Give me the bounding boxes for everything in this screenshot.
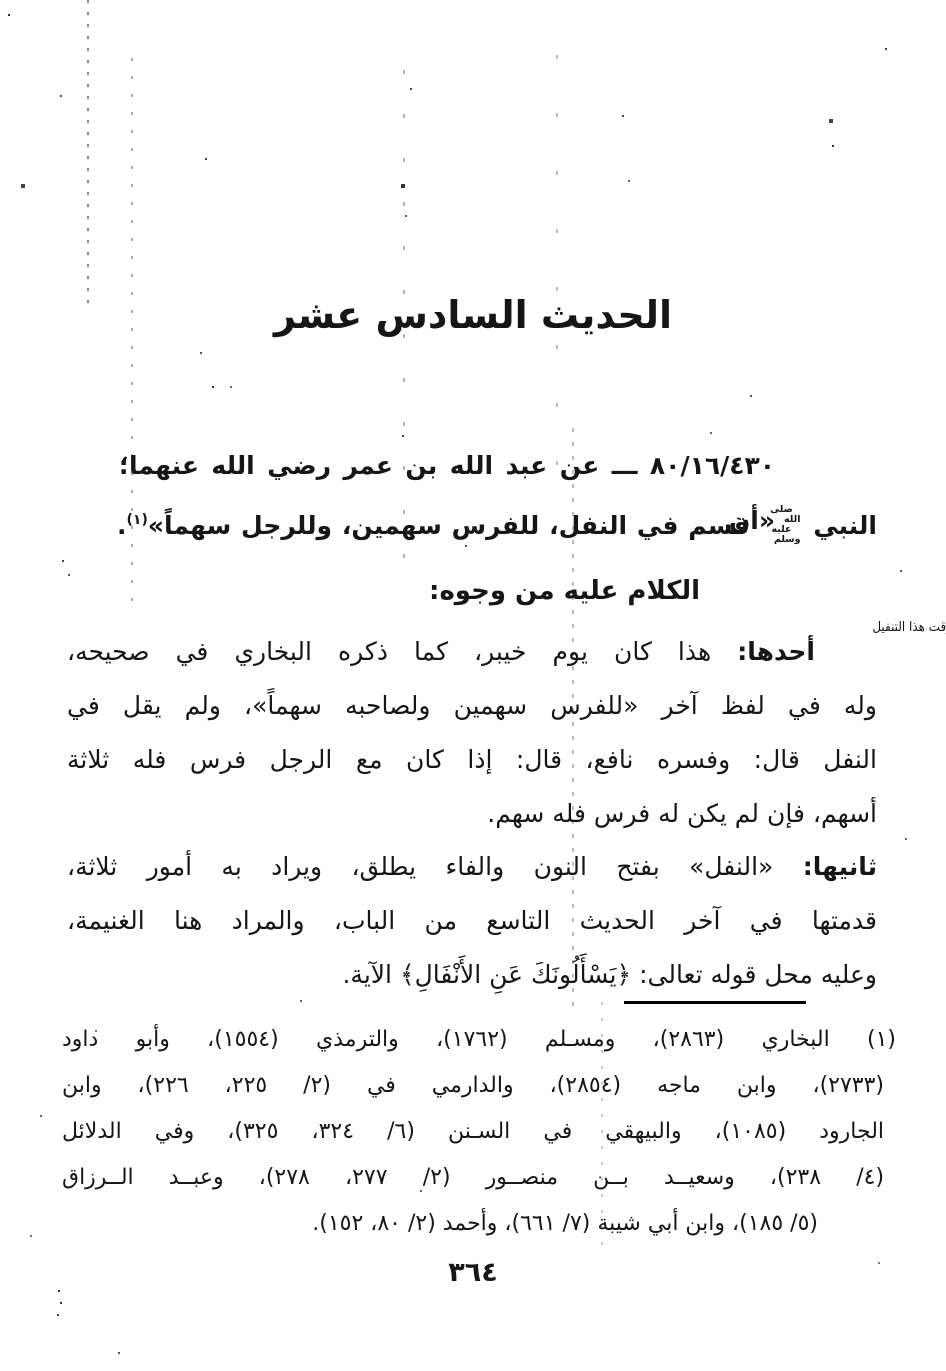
point-one-lead: أحدها: <box>737 637 815 666</box>
chapter-title: الحديث السادس عشر <box>0 293 946 337</box>
point-one-line-2: وله في لفظ آخر «للفرس سهمين ولصاحبه سهما… <box>67 679 877 733</box>
point-one-line-3: النفل قال: وفسره نافع، قال: إذا كان مع ا… <box>67 733 877 787</box>
scan-dotted-line <box>87 0 89 308</box>
hadith-paragraph: ٨٠/١٦/٤٣٠ ـــ عن عبد الله بن عمر رضي الل… <box>67 438 877 548</box>
hadith-line-2-text: قسم في النفل، للفرس سهمين، وللرجل سهماً» <box>148 511 750 540</box>
point-two-line-2: قدمتها في آخر الحديث التاسع من الباب، وا… <box>67 894 877 948</box>
point-two-line-1: ثانيها: «النفل» بفتح النون والفاء يطلق، … <box>67 840 877 894</box>
footnote-line-2: (٢٧٣٣)، وابن ماجه (٢٨٥٤)، والدارمي في (٢… <box>62 1063 884 1109</box>
period: . <box>117 511 127 540</box>
point-one-line-4: أسهم، فإن لم يكن له فرس فله سهم. <box>67 787 877 841</box>
point-two-paragraph: ثانيها: «النفل» بفتح النون والفاء يطلق، … <box>67 840 877 1002</box>
point-two-lead: ثانيها: <box>803 852 877 881</box>
hadith-number: ٨٠/١٦/٤٣٠ <box>650 451 775 480</box>
footnote-line-4: (٤/ ٢٣٨)، وسعيــد بــن منصــور (٢/ ٢٧٧، … <box>62 1155 884 1201</box>
hadith-line-2: النبي صلى الله عليه وسلم قسم في النفل، ل… <box>67 493 877 548</box>
point-one-line-1-text: هذا كان يوم خيبر، كما ذكره البخاري في صح… <box>67 637 711 666</box>
pbuh-calligraphy-mark: صلى الله عليه وسلم <box>763 505 801 545</box>
point-one-line-1: أحدها: هذا كان يوم خيبر، كما ذكره البخار… <box>67 625 877 679</box>
point-two-line-3-text: وعليه محل قوله تعالى: <box>639 960 877 989</box>
footnote-line-1: (١) البخاري (٢٨٦٣)، ومسـلم (١٧٦٢)، والتر… <box>62 1017 896 1063</box>
discussion-heading: الكلام عليه من وجوه: <box>429 566 700 616</box>
hadith-line-2-start: النبي <box>813 511 877 540</box>
scan-dotted-line <box>556 55 558 475</box>
point-two-line-3-end: الآية. <box>342 960 392 989</box>
page-number: ٣٦٤ <box>0 1253 946 1293</box>
quran-verse: ﴿يَسْأَلُونَكَ عَنِ الأَنْفَالِ﴾ <box>400 960 631 989</box>
footnote-line-3: الجارود (١٠٨٥)، والبيهقي في السـنن (٦/ ٣… <box>62 1109 884 1155</box>
footnote-line-5: (٥/ ١٨٥)، وابن أبي شيبة (٧/ ٦٦١)، وأحمد … <box>62 1201 884 1247</box>
point-two-line-1-text: «النفل» بفتح النون والفاء يطلق، ويراد به… <box>67 852 773 881</box>
footnote-block: (١) البخاري (٢٨٦٣)، ومسـلم (١٧٦٢)، والتر… <box>62 1017 884 1247</box>
hadith-line-1: ٨٠/١٦/٤٣٠ ـــ عن عبد الله بن عمر رضي الل… <box>67 438 877 493</box>
scan-specks <box>0 0 2 2</box>
point-one-paragraph: أحدها: هذا كان يوم خيبر، كما ذكره البخار… <box>67 625 877 841</box>
footnote-reference: (١) <box>127 512 148 528</box>
point-two-line-3: وعليه محل قوله تعالى: ﴿يَسْأَلُونَكَ عَن… <box>67 948 877 1002</box>
dash: ـــ <box>612 451 638 480</box>
footnote-separator-rule <box>624 1001 806 1004</box>
scanned-book-page: الحديث السادس عشر ٨٠/١٦/٤٣٠ ـــ عن عبد ا… <box>0 0 946 1371</box>
